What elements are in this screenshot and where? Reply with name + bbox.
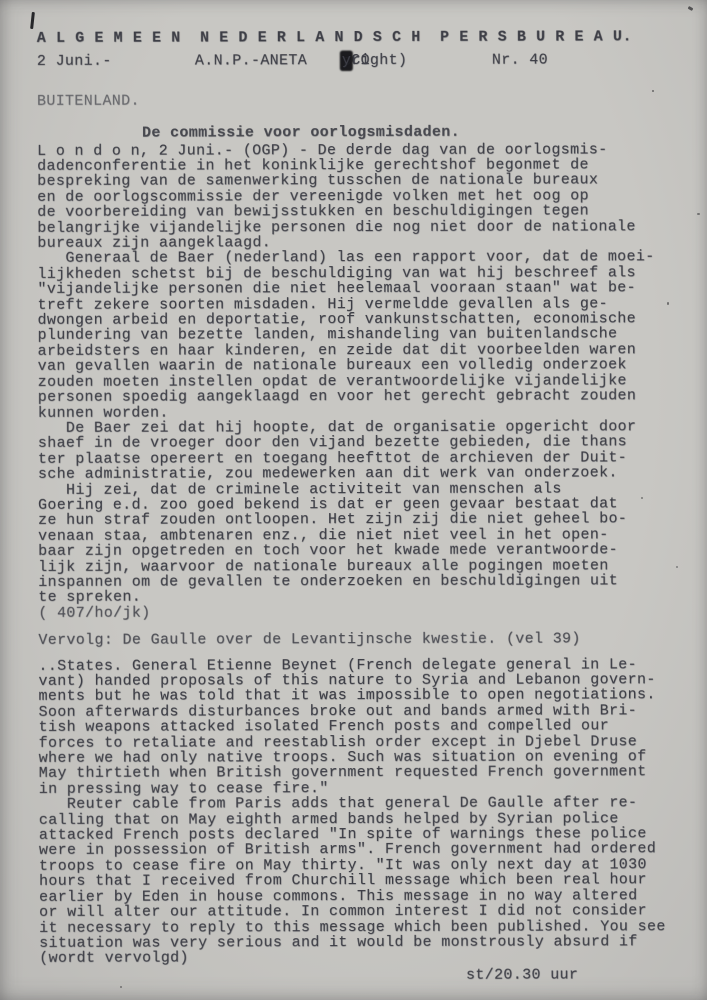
paragraph: De Baer zei dat hij hoopte, dat de organ…: [38, 419, 669, 482]
copyright-text-post: yright): [342, 53, 408, 69]
article-war-crimes-commission: De commissie voor oorlogsmisdaden. L o n…: [37, 124, 669, 621]
scanned-press-bulletin-page: A L G E M E E N N E D E R L A N D S C H …: [0, 0, 707, 1000]
agency-name: A.N.P.-ANETA: [195, 54, 307, 70]
paragraph: Reuter cable from Paris adds that genera…: [39, 795, 670, 951]
masthead-title: A L G E M E E N N E D E R L A N D S C H …: [37, 29, 668, 46]
article-heading: De commissie voor oorlogsmisdaden.: [37, 124, 668, 141]
article-de-gaulle-levant: Vervolg: De Gaulle over de Levantijnsche…: [38, 631, 670, 984]
paragraph: Hij zei, dat de criminele activiteit van…: [38, 481, 669, 606]
article-heading: Vervolg: De Gaulle over de Levantijnsche…: [38, 631, 669, 648]
issue-date: 2 Juni.-: [37, 54, 112, 70]
continuation-note: (wordt vervolgd): [39, 950, 670, 967]
paragraph: ..States. General Etienne Beynet (French…: [38, 657, 669, 797]
section-label-buitenland: BUITENLAND.: [37, 92, 668, 109]
editorial-code: ( 407/ho/jk): [38, 604, 669, 621]
typewritten-content: A L G E M E E N N E D E R L A N D S C H …: [0, 0, 707, 1000]
paragraph: L o n d o n, 2 Juni.- (OGP) - De derde d…: [37, 142, 668, 251]
transmission-timestamp: st/20.30 uur: [39, 967, 670, 984]
issue-number: Nr. 40: [492, 53, 548, 69]
paragraph: Generaal de Baer (nederland) las een rap…: [37, 250, 668, 421]
issue-header-row: 2 Juni.- A.N.P.-ANETA (COpyright) Nr. 40: [37, 53, 668, 70]
